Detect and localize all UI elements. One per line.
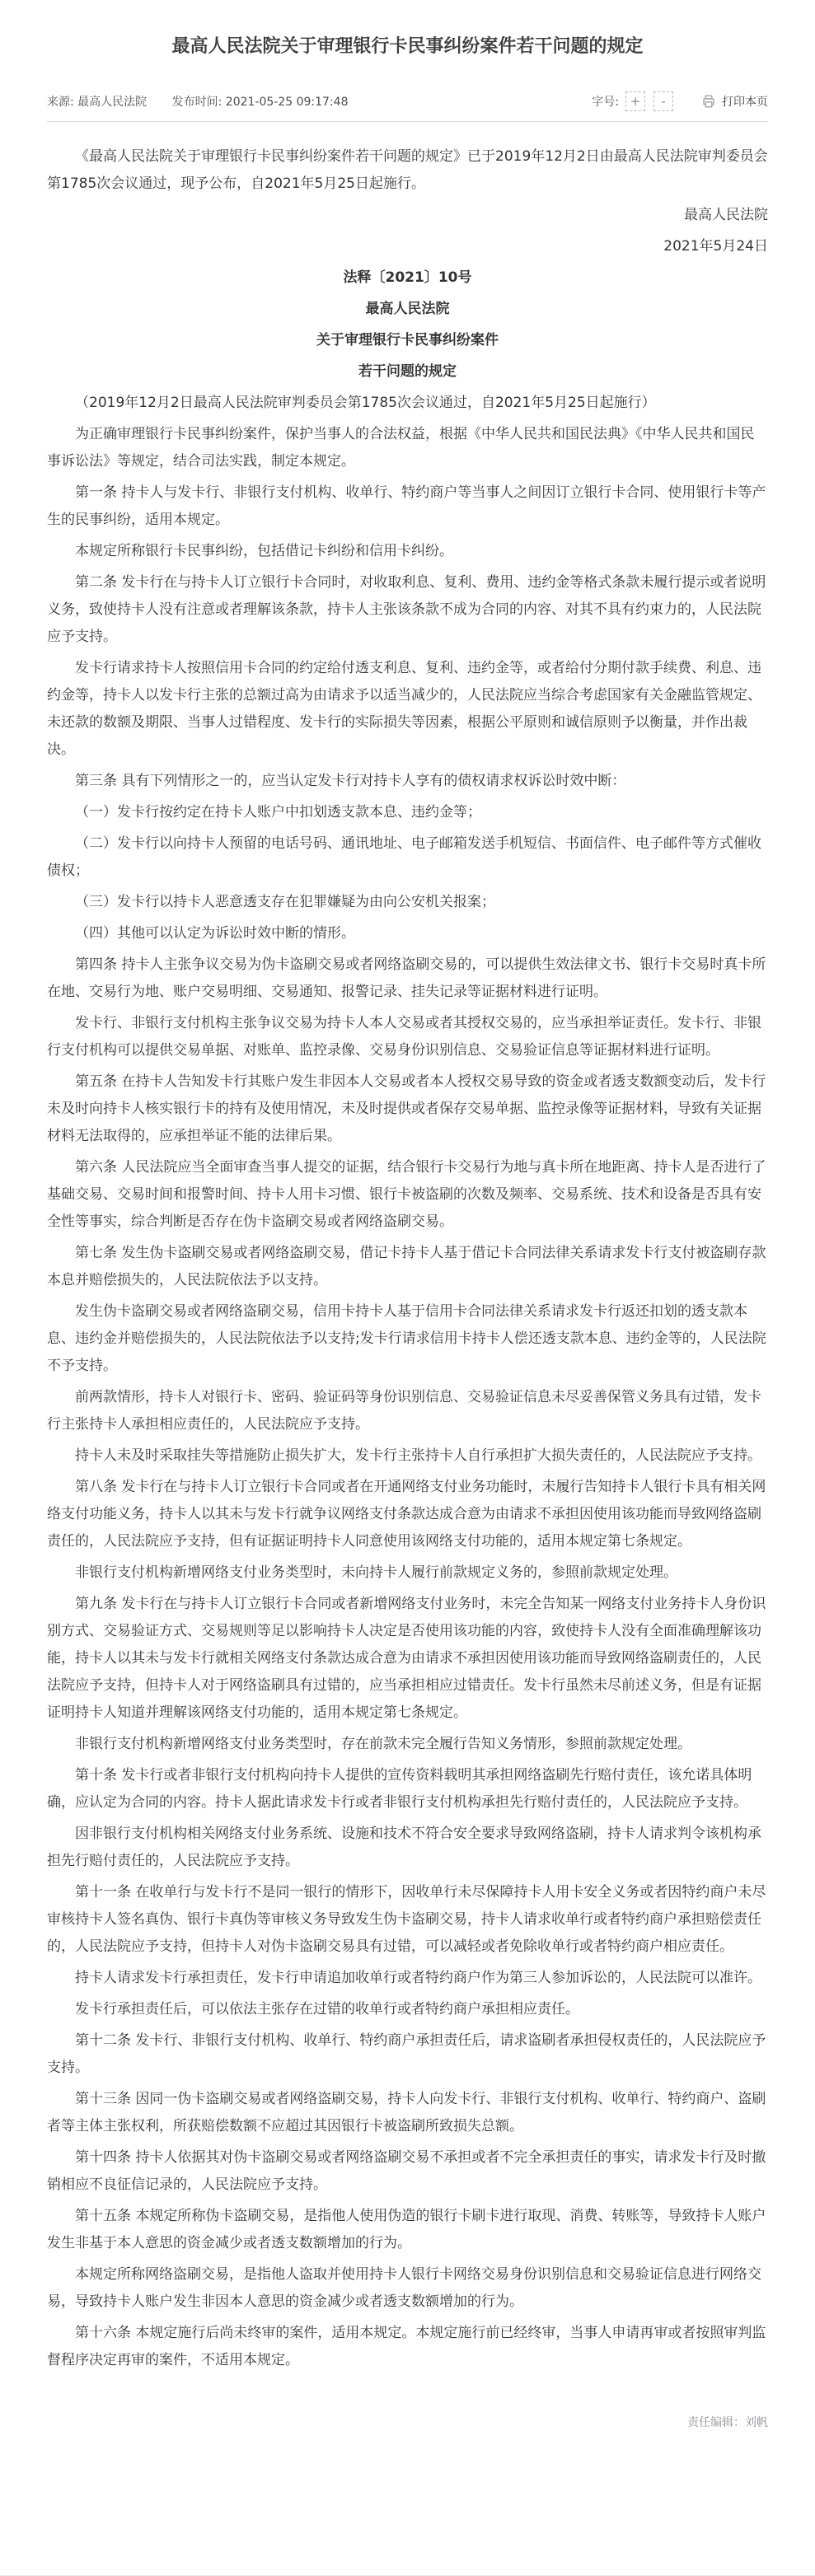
print-button[interactable]: 打印本页 (701, 93, 768, 110)
paragraph: 第二条 发卡行在与持卡人订立银行卡合同时，对收取利息、复利、费用、违约金等格式条… (47, 569, 768, 651)
paragraph: （三）发卡行以持卡人恶意透支存在犯罪嫌疑为由向公安机关报案； (47, 889, 768, 916)
paragraph: 前两款情形，持卡人对银行卡、密码、验证码等身份识别信息、交易验证信息未尽妥善保管… (47, 1384, 768, 1438)
paragraph: 第九条 发卡行在与持卡人订立银行卡合同或者新增网络支付业务时，未完全告知某一网络… (47, 1591, 768, 1727)
paragraph: 《最高人民法院关于审理银行卡民事纠纷案件若干问题的规定》已于2019年12月2日… (47, 143, 768, 198)
print-label: 打印本页 (722, 93, 768, 110)
pubtime-label: 发布时间: (172, 96, 222, 109)
font-increase-button[interactable]: + (625, 91, 645, 111)
paragraph: 2021年5月24日 (47, 233, 768, 260)
source-value: 最高人民法院 (77, 96, 147, 109)
paragraph: 非银行支付机构新增网络支付业务类型时，未向持卡人履行前款规定义务的，参照前款规定… (47, 1559, 768, 1587)
paragraph: 若干问题的规定 (47, 358, 768, 386)
source-item: 来源: 最高人民法院 (47, 96, 147, 109)
paragraph: 第十三条 因同一伪卡盗刷交易或者网络盗刷交易，持卡人向发卡行、非银行支付机构、收… (47, 2086, 768, 2140)
meta-right: 字号: + - 打印本页 (592, 91, 768, 111)
paragraph: 第十一条 在收单行与发卡行不是同一银行的情形下，因收单行未尽保障持卡人用卡安全义… (47, 1879, 768, 1961)
meta-bar: 来源: 最高人民法院 发布时间: 2021-05-25 09:17:48 字号:… (47, 88, 768, 121)
paragraph: 最高人民法院 (47, 202, 768, 229)
paragraph: 法释〔2021〕10号 (47, 264, 768, 292)
pubtime-item: 发布时间: 2021-05-25 09:17:48 (172, 96, 349, 109)
article-body: 《最高人民法院关于审理银行卡民事纠纷案件若干问题的规定》已于2019年12月2日… (47, 122, 768, 2374)
article-page: 最高人民法院关于审理银行卡民事纠纷案件若干问题的规定 来源: 最高人民法院 发布… (0, 0, 815, 2576)
meta-left: 来源: 最高人民法院 发布时间: 2021-05-25 09:17:48 (47, 93, 370, 110)
paragraph: 第五条 在持卡人告知发卡行其账户发生非因本人交易或者本人授权交易导致的资金或者透… (47, 1068, 768, 1150)
fontsize-label: 字号: (592, 93, 619, 110)
paragraph: 第四条 持卡人主张争议交易为伪卡盗刷交易或者网络盗刷交易的，可以提供生效法律文书… (47, 951, 768, 1006)
paragraph: 第六条 人民法院应当全面审查当事人提交的证据，结合银行卡交易行为地与真卡所在地距… (47, 1154, 768, 1236)
paragraph: 发卡行请求持卡人按照信用卡合同的约定给付透支利息、复利、违约金等，或者给付分期付… (47, 655, 768, 764)
paragraph: 发生伪卡盗刷交易或者网络盗刷交易，信用卡持卡人基于信用卡合同法律关系请求发卡行返… (47, 1298, 768, 1380)
paragraph: 第十条 发卡行或者非银行支付机构向持卡人提供的宣传资料载明其承担网络盗刷先行赔付… (47, 1762, 768, 1816)
paragraph: 第八条 发卡行在与持卡人订立银行卡合同或者在开通网络支付业务功能时，未履行告知持… (47, 1474, 768, 1555)
paragraph: 第十六条 本规定施行后尚未终审的案件，适用本规定。本规定施行前已经终审，当事人申… (47, 2320, 768, 2374)
paragraph: 发卡行承担责任后，可以依法主张存在过错的收单行或者特约商户承担相应责任。 (47, 1996, 768, 2023)
pubtime-value: 2021-05-25 09:17:48 (226, 96, 349, 109)
paragraph: 第三条 具有下列情形之一的，应当认定发卡行对持卡人享有的债权请求权诉讼时效中断： (47, 768, 768, 795)
paragraph: （一）发卡行按约定在持卡人账户中扣划透支款本息、违约金等； (47, 799, 768, 826)
paragraph: 本规定所称网络盗刷交易，是指他人盗取并使用持卡人银行卡网络交易身份识别信息和交易… (47, 2261, 768, 2316)
paragraph: 为正确审理银行卡民事纠纷案件，保护当事人的合法权益，根据《中华人民共和国民法典》… (47, 421, 768, 475)
paragraph: 第一条 持卡人与发卡行、非银行支付机构、收单行、特约商户等当事人之间因订立银行卡… (47, 479, 768, 534)
paragraph: 第七条 发生伪卡盗刷交易或者网络盗刷交易，借记卡持卡人基于借记卡合同法律关系请求… (47, 1240, 768, 1294)
paragraph: 非银行支付机构新增网络支付业务类型时，存在前款未完全履行告知义务情形，参照前款规… (47, 1731, 768, 1758)
editor-label: 责任编辑：刘帆 (687, 2416, 768, 2429)
editor-line: 责任编辑：刘帆 (47, 2414, 768, 2442)
paragraph: 第十四条 持卡人依据其对伪卡盗刷交易或者网络盗刷交易不承担或者不完全承担责任的事… (47, 2144, 768, 2199)
paragraph: （二）发卡行以向持卡人预留的电话号码、通讯地址、电子邮箱发送手机短信、书面信件、… (47, 830, 768, 885)
page-title: 最高人民法院关于审理银行卡民事纠纷案件若干问题的规定 (47, 35, 768, 60)
paragraph: 持卡人请求发卡行承担责任，发卡行申请追加收单行或者特约商户作为第三人参加诉讼的，… (47, 1965, 768, 1992)
paragraph: 关于审理银行卡民事纠纷案件 (47, 327, 768, 354)
paragraph: 持卡人未及时采取挂失等措施防止损失扩大，发卡行主张持卡人自行承担扩大损失责任的，… (47, 1442, 768, 1470)
source-label: 来源: (47, 96, 74, 109)
font-decrease-button[interactable]: - (653, 91, 673, 111)
paragraph: 第十五条 本规定所称伪卡盗刷交易，是指他人使用伪造的银行卡刷卡进行取现、消费、转… (47, 2203, 768, 2257)
paragraph: 本规定所称银行卡民事纠纷，包括借记卡纠纷和信用卡纠纷。 (47, 538, 768, 565)
paragraph: 因非银行支付机构相关网络支付业务系统、设施和技术不符合安全要求导致网络盗刷，持卡… (47, 1821, 768, 1875)
paragraph: 第十二条 发卡行、非银行支付机构、收单行、特约商户承担责任后，请求盗刷者承担侵权… (47, 2027, 768, 2082)
paragraph: （四）其他可以认定为诉讼时效中断的情形。 (47, 920, 768, 947)
paragraph: 发卡行、非银行支付机构主张争议交易为持卡人本人交易或者其授权交易的，应当承担举证… (47, 1010, 768, 1064)
paragraph: （2019年12月2日最高人民法院审判委员会第1785次会议通过，自2021年5… (47, 390, 768, 417)
paragraph: 最高人民法院 (47, 296, 768, 323)
printer-icon (701, 94, 716, 109)
